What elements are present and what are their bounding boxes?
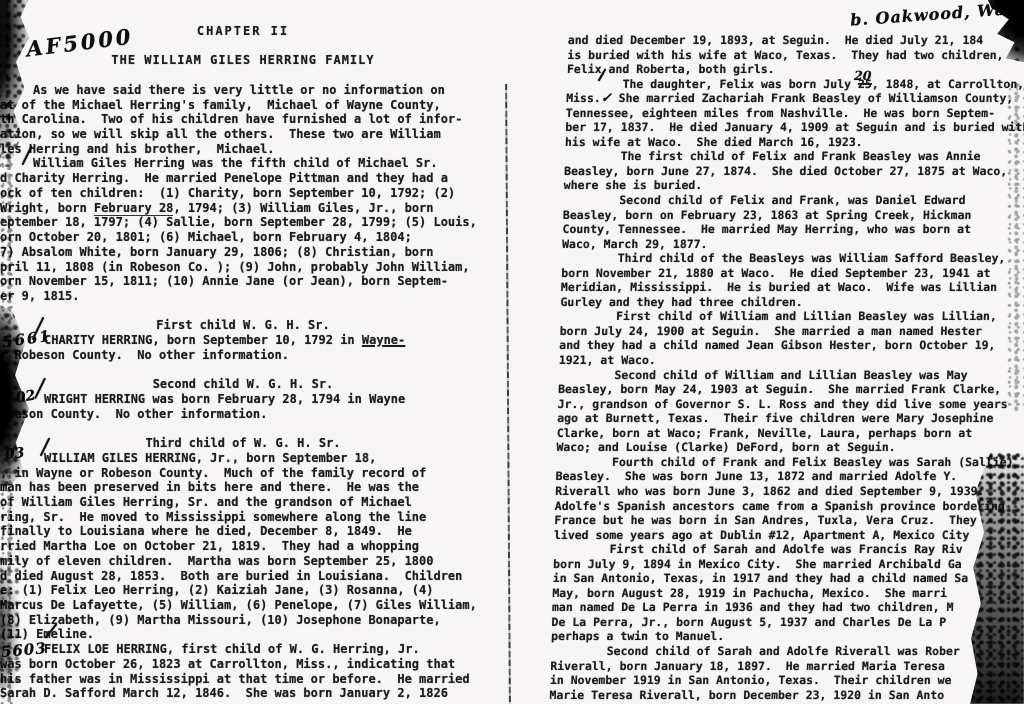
text-line: er 9, 1815. [0,289,486,304]
text-line: obeson County. No other information. [0,407,486,422]
text-line: and died December 19, 1893, at Seguin. H… [568,33,1024,48]
text-line: his wife at Waco. She died March 16, 192… [565,135,1024,150]
text-line: orn November 15, 1811; (10) Annie Jane (… [0,274,486,289]
text-line: Felix and Roberta, both girls. [567,62,1024,77]
text-line: Third child of W. G. H. Sr. [0,436,486,451]
text-line: rried Martha Loe on October 21, 1819. Th… [0,539,486,554]
text-line: Second child W. G. H. Sr. [0,377,486,392]
text-segment: CHARITY HERRING, born September 10, 1792… [44,333,362,347]
text-line: Beasley, born May 24, 1903 at Seguin. Sh… [558,382,1024,397]
text-line: Gurley and they had three children. [560,295,1024,310]
text-line: 1921, at Waco. [559,353,1024,368]
scanned-book-page: CHAPTER IITHE WILLIAM GILES HERRING FAMI… [0,0,1024,704]
text-line [0,421,486,436]
text-line: Third child of the Beasleys was William … [561,251,1024,266]
text-line: CHARITY HERRING, born September 10, 1792… [0,333,486,348]
text-segment: , 1848, at Carrollton, [872,77,1024,91]
text-line: Riverall who was born June 3, 1862 and d… [555,484,1024,499]
text-line: lived some years ago at Dublin #12, Apar… [554,528,1024,543]
text-line: Tennessee, eighteen miles from Nashville… [566,106,1024,121]
text-line: Waco; and Louise (Clarke) DeFord, born a… [556,440,1024,455]
annotated-text-segment: ✓ [601,91,612,106]
annotated-text-segment: February 28 [94,201,173,216]
text-line: As we have said there is very little or … [0,83,486,98]
text-line: WILLIAM GILES HERRING, Jr., born Septemb… [0,451,486,466]
text-line: Second child of William and Lillian Beas… [558,368,1024,383]
text-line: William Giles Herring was the fifth chil… [0,156,486,171]
text-line: ago at Burnett, Texas. Their five childr… [557,411,1024,426]
text-segment: She married Zachariah Frank Beasley of W… [612,91,1014,105]
text-line: Beasley. She was born June 13, 1872 and … [555,469,1024,484]
text-line: ber 17, 1837. He died January 4, 1909 at… [565,120,1024,135]
text-line: Beasley, born on February 23, 1863 at Sp… [563,208,1024,223]
text-line: First child of Sarah and Adolfe was Fran… [553,542,1023,557]
text-line: ock of ten children: (1) Charity, born S… [0,186,486,201]
text-line [0,304,486,319]
left-page-column: CHAPTER IITHE WILLIAM GILES HERRING FAMI… [0,24,486,701]
text-line: First child W. G. H. Sr. [0,318,486,333]
text-line: finally to Louisiana where he died, Dece… [0,524,486,539]
text-line: and they had a child named Jean Gibson H… [559,338,1024,353]
text-line: mily of eleven children. Martha was born… [0,554,486,569]
text-line: De La Perra, Jr., born August 5, 1937 an… [551,615,1021,630]
text-line: th Carolina. Two of his children have fu… [0,112,486,127]
right-page-column: and died December 19, 1893, at Seguin. H… [549,33,1024,702]
text-line: in November 1919 in San Antonio, Texas. … [550,673,1020,688]
text-line: Miss.✓ She married Zachariah Frank Beasl… [566,91,1024,106]
text-line: France but he was born in San Andres, Tu… [554,513,1024,528]
text-line [0,68,486,83]
text-line: of William Giles Herring, Sr. and the gr… [0,495,486,510]
annotated-text-segment: Wayne- [362,333,405,347]
text-line: The first child of Felix and Frank Beasl… [564,149,1024,164]
text-line: perhaps a twin to Manuel. [551,629,1021,644]
text-line: eptember 18, 1797; (4) Sallie, born Sept… [0,215,486,230]
text-line: born July 9, 1894 in Mexico City. She ma… [553,557,1023,572]
text-line: Sarah D. Safford March 12, 1846. She was… [0,686,486,701]
text-segment: Miss. [566,91,601,105]
text-line: les Herring and his brother, Michael. [0,142,486,157]
text-line: Adolfe's Spanish ancestors came from a S… [555,499,1024,514]
text-line: Second child of Sarah and Adolfe Riveral… [551,644,1021,659]
text-line: (8) Elizabeth, (9) Martha Missouri, (10)… [0,613,486,628]
text-line: 7) Absalom White, born January 29, 1806;… [0,245,486,260]
text-line: Meridian, Mississippi. He is buried at W… [561,280,1024,295]
text-line: (11) Emeline. [0,627,486,642]
text-line: man named De La Perra in 1936 and they h… [552,600,1022,615]
text-line: Jr., grandson of Governor S. L. Ross and… [557,397,1024,412]
text-line: is buried with his wife at Waco, Texas. … [567,48,1024,63]
text-line [0,363,486,378]
text-line: in San Antonio, Texas, in 1917 and they … [553,571,1023,586]
book-fold-line [505,84,511,704]
text-segment: , 1794; (3) William Giles, Jr., born [173,201,433,215]
text-line: Beasley, born June 27, 1874. She died Oc… [564,164,1024,179]
text-line: born July 24, 1900 at Seguin. She marrie… [559,324,1024,339]
text-line: where she is buried. [564,178,1024,193]
text-segment: Wright, born [0,201,94,215]
text-line: Clarke, born at Waco; Frank, Neville, La… [557,426,1024,441]
text-line: Marie Teresa Riverall, born December 23,… [549,688,1019,703]
text-line: born November 21, 1880 at Waco. He died … [561,266,1024,281]
text-line: was born October 26, 1823 at Carrollton,… [0,657,486,672]
text-line: Waco, March 29, 1877. [562,237,1024,252]
text-line: at of the Michael Herring's family, Mich… [0,98,486,113]
text-line: County, Tennessee. He married May Herrin… [562,222,1024,237]
text-line: d died August 28, 1853. Both are buried … [0,569,486,584]
text-line: , in Wayne or Robeson County. Much of th… [0,466,486,481]
text-line: Wright, born February 28, 1794; (3) Will… [0,201,486,216]
text-line: man has been preserved in bits here and … [0,480,486,495]
text-line: r Robeson County. No other information. [0,348,486,363]
text-line: his father was in Mississippi at that ti… [0,672,486,687]
text-line: May, born August 28, 1919 in Pachucha, M… [552,586,1022,601]
text-line: pril 11, 1808 (in Robeson Co. ); (9) Joh… [0,260,486,275]
handwritten-margin-number-william: 03 [4,445,25,463]
text-line: WRIGHT HERRING was born February 28, 179… [0,392,486,407]
handwritten-burial-note: b. Oakwood, Waco, TX [850,0,1024,30]
text-line: The daughter, Felix was born July 2520, … [566,77,1024,92]
text-line: Fourth child of Frank and Felix Beasley … [556,455,1024,470]
text-line: orn October 20, 1801; (6) Michael, born … [0,230,486,245]
text-line: e: (1) Felix Leo Herring, (2) Kaiziah Ja… [0,583,486,598]
text-line: FELIX LOE HERRING, first child of W. G. … [0,642,486,657]
text-line: Marcus De Lafayette, (5) William, (6) Pe… [0,598,486,613]
text-line: Second child of Felix and Frank, was Dan… [563,193,1024,208]
text-line: ring, Sr. He moved to Mississippi somewh… [0,510,486,525]
text-line: Riverall, born January 18, 1897. He marr… [550,659,1020,674]
text-line: d Charity Herring. He married Penelope P… [0,171,486,186]
text-line: ation, so we will skip all the others. T… [0,127,486,142]
text-line: First child of William and Lillian Beasl… [560,309,1024,324]
text-segment: The daughter, Felix was born July [622,77,858,91]
